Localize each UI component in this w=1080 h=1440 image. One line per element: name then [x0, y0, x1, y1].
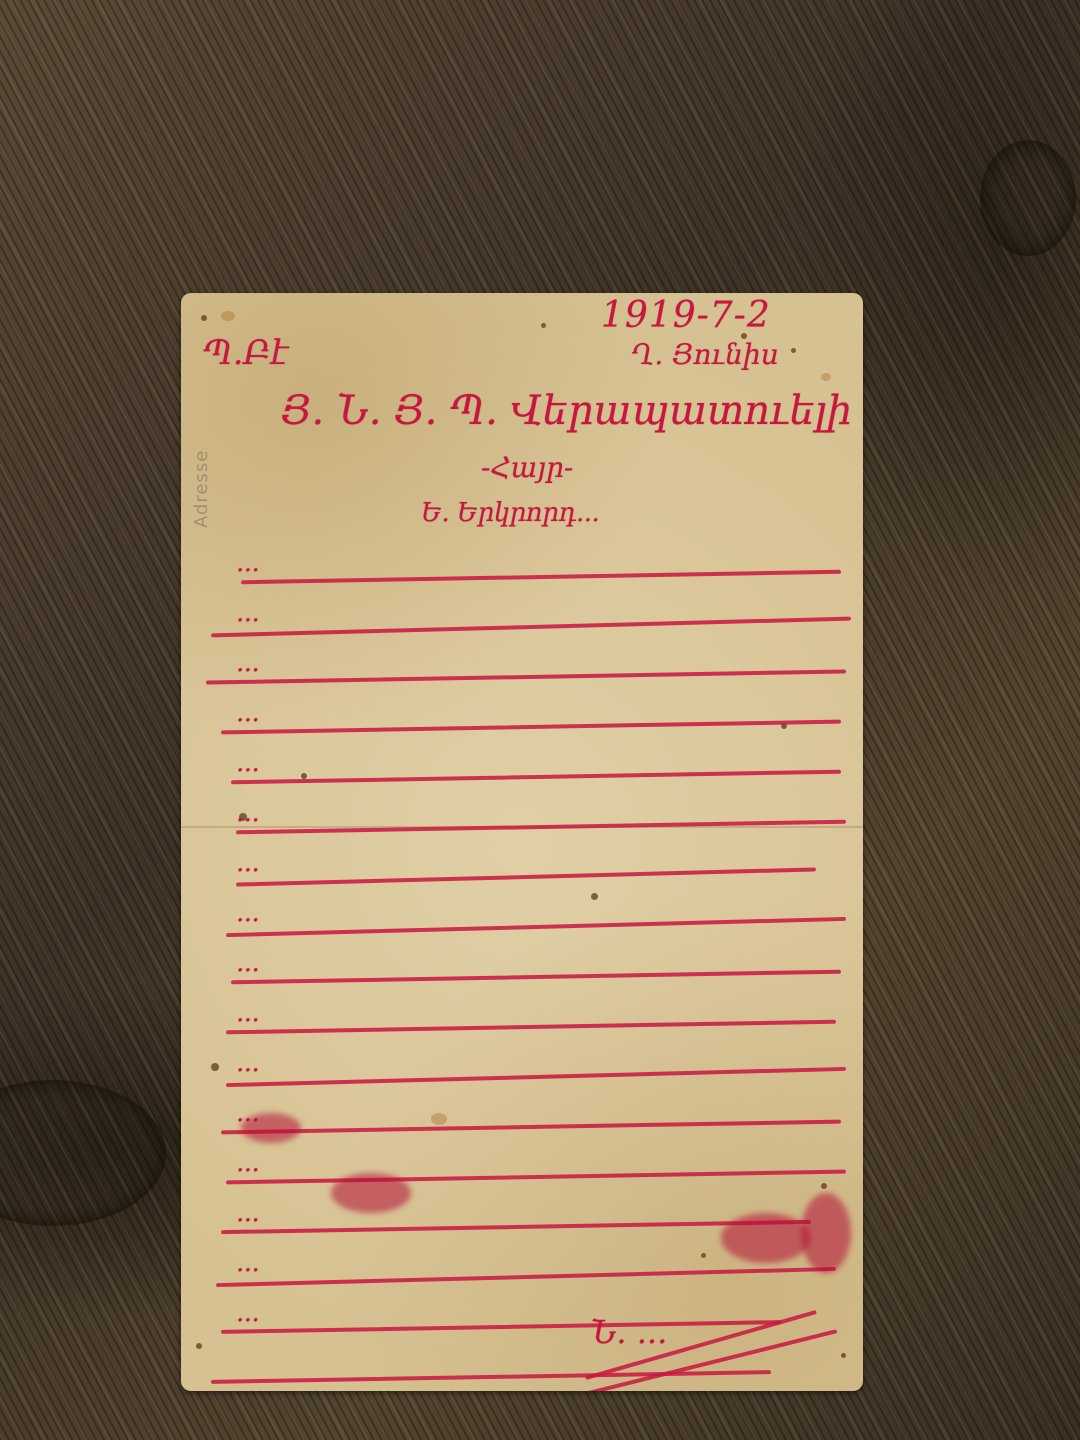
body-line: ...: [236, 548, 259, 578]
body-line: Ե. Երկրորդ...: [421, 498, 599, 528]
foxing-spot: [821, 373, 831, 381]
ink-blot: [241, 1113, 301, 1143]
foxing-spot: [591, 893, 598, 900]
ink-blot: [721, 1213, 811, 1263]
body-line: ...: [236, 898, 259, 928]
corner-mark: Պ.Բէ: [203, 333, 288, 373]
foxing-spot: [211, 1063, 219, 1071]
body-line: ...: [236, 1198, 259, 1228]
ink-blot: [331, 1173, 411, 1213]
body-line: ...: [236, 998, 259, 1028]
body-line: ...: [236, 748, 259, 778]
letter-date: 1919-7-2: [601, 295, 771, 336]
ink-blot: [801, 1193, 851, 1273]
foxing-spot: [791, 348, 796, 353]
body-line: ...: [236, 698, 259, 728]
body-line: ...: [236, 648, 259, 678]
signature: Ն. ...: [591, 1313, 667, 1351]
printed-address-label: Adresse: [191, 450, 212, 528]
foxing-spot: [196, 1343, 202, 1349]
foxing-spot: [201, 315, 207, 321]
salutation: Յ. Ն. Յ. Պ. Վերապատուելի: [281, 388, 852, 434]
foxing-spot: [431, 1113, 447, 1125]
body-line: ...: [236, 598, 259, 628]
letter-place: Ղ. Յունիս: [631, 338, 779, 371]
foxing-spot: [841, 1353, 846, 1358]
body-line: ...: [236, 848, 259, 878]
foxing-spot: [221, 311, 235, 321]
body-line: ...: [236, 1248, 259, 1278]
body-line: ...: [236, 1148, 259, 1178]
body-line: ...: [236, 798, 259, 828]
body-line: ...: [236, 1048, 259, 1078]
foxing-spot: [701, 1253, 706, 1258]
body-line: ...: [236, 948, 259, 978]
salutation-sub: -Հայր-: [481, 451, 573, 484]
foxing-spot: [821, 1183, 827, 1189]
wood-knot: [980, 140, 1076, 256]
postcard: Adresse Պ.Բէ 1919-7-2 Ղ. Յունիս Յ. Ն. Յ.…: [181, 293, 863, 1391]
foxing-spot: [541, 323, 546, 328]
wood-knot: [0, 1080, 166, 1226]
body-line: ...: [236, 1298, 259, 1328]
